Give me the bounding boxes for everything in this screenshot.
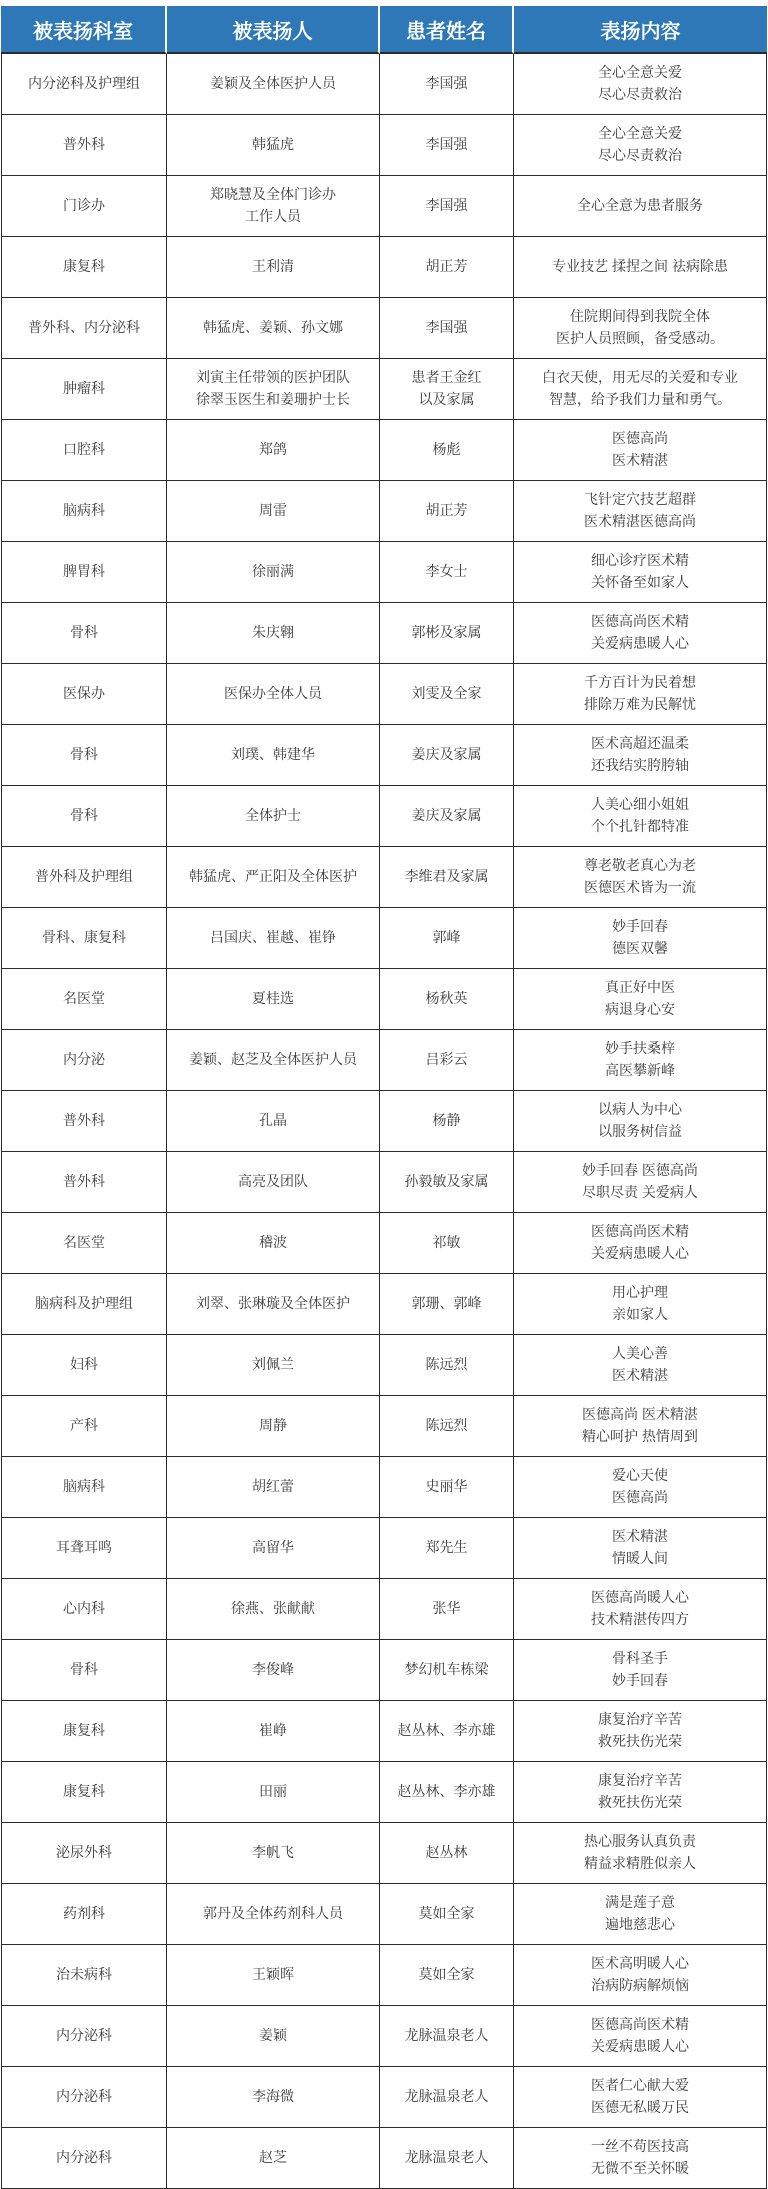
table-row: 骨科 朱庆翱 郭彬及家属 医德高尚医术精 关爱病患暖人心: [1, 603, 767, 664]
table-row: 药剂科 郭丹及全体药剂科人员 莫如全家 满是莲子意 遍地慈悲心: [1, 1884, 767, 1945]
cell-department: 脾胃科: [1, 542, 167, 603]
cell-praise: 真正好中医 病退身心安: [514, 969, 767, 1030]
table-row: 门诊办 郑晓慧及全体门诊办 工作人员 李国强 全心全意为患者服务: [1, 176, 767, 237]
cell-department: 骨科: [1, 725, 167, 786]
table-row: 康复科 田丽 赵丛林、李亦雄 康复治疗辛苦 救死扶伤光荣: [1, 1762, 767, 1823]
cell-patient: 患者王金红 以及家属: [380, 359, 514, 420]
cell-person: 李帆飞: [167, 1823, 380, 1884]
cell-praise: 飞针定穴技艺超群 医术精湛医德高尚: [514, 481, 767, 542]
cell-department: 肿瘤科: [1, 359, 167, 420]
cell-patient: 刘雯及全家: [380, 664, 514, 725]
table-row: 普外科、内分泌科 韩猛虎、姜颖、孙文娜 李国强 住院期间得到我院全体 医护人员照…: [1, 298, 767, 359]
cell-praise: 住院期间得到我院全体 医护人员照顾，备受感动。: [514, 298, 767, 359]
table-row: 骨科 李俊峰 梦幻机车栋梁 骨科圣手 妙手回春: [1, 1640, 767, 1701]
cell-praise: 医德高尚医术精 关爱病患暖人心: [514, 1213, 767, 1274]
cell-department: 门诊办: [1, 176, 167, 237]
header-row: 被表扬科室 被表扬人 患者姓名 表扬内容: [1, 6, 767, 54]
cell-person: 韩猛虎: [167, 115, 380, 176]
cell-praise: 医者仁心献大爱 医德无私暖万民: [514, 2067, 767, 2128]
cell-department: 普外科: [1, 1091, 167, 1152]
table-row: 脑病科 周雷 胡正芳 飞针定穴技艺超群 医术精湛医德高尚: [1, 481, 767, 542]
table-row: 普外科及护理组 韩猛虎、严正阳及全体医护 李维君及家属 尊老敬老真心为老 医德医…: [1, 847, 767, 908]
cell-person: 姜颖及全体医护人员: [167, 54, 380, 115]
cell-praise: 以病人为中心 以服务树信益: [514, 1091, 767, 1152]
cell-patient: 梦幻机车栋梁: [380, 1640, 514, 1701]
cell-praise: 全心全意为患者服务: [514, 176, 767, 237]
cell-patient: 李国强: [380, 298, 514, 359]
table-row: 妇科 刘佩兰 陈远烈 人美心善 医术精湛: [1, 1335, 767, 1396]
cell-person: 李海微: [167, 2067, 380, 2128]
cell-praise: 医德高尚医术精 关爱病患暖人心: [514, 603, 767, 664]
table-row: 脑病科 胡红蕾 史丽华 爱心天使 医德高尚: [1, 1457, 767, 1518]
cell-department: 普外科: [1, 115, 167, 176]
cell-department: 耳聋耳鸣: [1, 1518, 167, 1579]
cell-patient: 杨彪: [380, 420, 514, 481]
cell-patient: 陈远烈: [380, 1396, 514, 1457]
cell-praise: 医术高明暖人心 治病防病解烦恼: [514, 1945, 767, 2006]
cell-department: 内分泌科: [1, 2128, 167, 2189]
cell-praise: 细心诊疗医术精 关怀备至如家人: [514, 542, 767, 603]
column-header-department: 被表扬科室: [1, 6, 167, 54]
cell-person: 韩猛虎、严正阳及全体医护: [167, 847, 380, 908]
cell-praise: 尊老敬老真心为老 医德医术皆为一流: [514, 847, 767, 908]
cell-praise: 用心护理 亲如家人: [514, 1274, 767, 1335]
cell-praise: 康复治疗辛苦 救死扶伤光荣: [514, 1701, 767, 1762]
cell-person: 郭丹及全体药剂科人员: [167, 1884, 380, 1945]
cell-person: 赵芝: [167, 2128, 380, 2189]
table-row: 康复科 崔峥 赵丛林、李亦雄 康复治疗辛苦 救死扶伤光荣: [1, 1701, 767, 1762]
table-row: 肿瘤科 刘寅主任带领的医护团队 徐翠玉医生和姜珊护士长 患者王金红 以及家属 白…: [1, 359, 767, 420]
cell-patient: 赵丛林: [380, 1823, 514, 1884]
cell-person: 郑晓慧及全体门诊办 工作人员: [167, 176, 380, 237]
cell-department: 名医堂: [1, 1213, 167, 1274]
cell-patient: 郭珊、郭峰: [380, 1274, 514, 1335]
cell-department: 普外科: [1, 1152, 167, 1213]
cell-patient: 姜庆及家属: [380, 725, 514, 786]
cell-praise: 医德高尚 医术精湛 精心呵护 热情周到: [514, 1396, 767, 1457]
table-row: 口腔科 郑鸽 杨彪 医德高尚 医术精湛: [1, 420, 767, 481]
cell-person: 医保办全体人员: [167, 664, 380, 725]
cell-department: 医保办: [1, 664, 167, 725]
cell-person: 王颖晖: [167, 1945, 380, 2006]
cell-department: 妇科: [1, 1335, 167, 1396]
cell-patient: 李女士: [380, 542, 514, 603]
cell-department: 骨科: [1, 603, 167, 664]
cell-praise: 医德高尚医术精 关爱病患暖人心: [514, 2006, 767, 2067]
cell-person: 王利清: [167, 237, 380, 298]
table-row: 内分泌 姜颖、赵芝及全体医护人员 吕彩云 妙手扶桑梓 高医攀新峰: [1, 1030, 767, 1091]
cell-patient: 赵丛林、李亦雄: [380, 1701, 514, 1762]
table-row: 内分泌科 李海微 龙脉温泉老人 医者仁心献大爱 医德无私暖万民: [1, 2067, 767, 2128]
cell-person: 姜颖、赵芝及全体医护人员: [167, 1030, 380, 1091]
cell-patient: 李国强: [380, 54, 514, 115]
cell-patient: 胡正芳: [380, 237, 514, 298]
cell-praise: 医德高尚暖人心 技术精湛传四方: [514, 1579, 767, 1640]
table-row: 泌尿外科 李帆飞 赵丛林 热心服务认真负责 精益求精胜似亲人: [1, 1823, 767, 1884]
table-row: 骨科、康复科 吕国庆、崔越、崔铮 郭峰 妙手回春 德医双馨: [1, 908, 767, 969]
cell-person: 刘佩兰: [167, 1335, 380, 1396]
cell-department: 脑病科: [1, 1457, 167, 1518]
cell-patient: 杨秋英: [380, 969, 514, 1030]
cell-patient: 莫如全家: [380, 1945, 514, 2006]
cell-patient: 李维君及家属: [380, 847, 514, 908]
cell-person: 朱庆翱: [167, 603, 380, 664]
table-row: 骨科 全体护士 姜庆及家属 人美心细小姐姐 个个扎针都特准: [1, 786, 767, 847]
cell-patient: 龙脉温泉老人: [380, 2067, 514, 2128]
cell-person: 孔晶: [167, 1091, 380, 1152]
table-row: 脑病科及护理组 刘翠、张琳璇及全体医护 郭珊、郭峰 用心护理 亲如家人: [1, 1274, 767, 1335]
table-row: 骨科 刘璞、韩建华 姜庆及家属 医术高超还温柔 还我结实胯胯轴: [1, 725, 767, 786]
column-header-patient: 患者姓名: [380, 6, 514, 54]
cell-praise: 热心服务认真负责 精益求精胜似亲人: [514, 1823, 767, 1884]
table-row: 名医堂 稽波 祁敏 医德高尚医术精 关爱病患暖人心: [1, 1213, 767, 1274]
table-row: 普外科 韩猛虎 李国强 全心全意关爱 尽心尽责救治: [1, 115, 767, 176]
cell-praise: 专业技艺 揉捏之间 祛病除患: [514, 237, 767, 298]
cell-person: 徐燕、张献献: [167, 1579, 380, 1640]
cell-department: 康复科: [1, 237, 167, 298]
cell-praise: 康复治疗辛苦 救死扶伤光荣: [514, 1762, 767, 1823]
cell-department: 名医堂: [1, 969, 167, 1030]
column-header-person: 被表扬人: [167, 6, 380, 54]
cell-department: 治未病科: [1, 1945, 167, 2006]
cell-patient: 姜庆及家属: [380, 786, 514, 847]
cell-department: 内分泌科: [1, 2006, 167, 2067]
cell-person: 姜颖: [167, 2006, 380, 2067]
cell-patient: 李国强: [380, 115, 514, 176]
table-row: 内分泌科及护理组 姜颖及全体医护人员 李国强 全心全意关爱 尽心尽责救治: [1, 54, 767, 115]
cell-praise: 人美心细小姐姐 个个扎针都特准: [514, 786, 767, 847]
cell-praise: 人美心善 医术精湛: [514, 1335, 767, 1396]
cell-department: 骨科: [1, 786, 167, 847]
cell-person: 韩猛虎、姜颖、孙文娜: [167, 298, 380, 359]
cell-department: 内分泌科: [1, 2067, 167, 2128]
cell-patient: 陈远烈: [380, 1335, 514, 1396]
cell-department: 脑病科及护理组: [1, 1274, 167, 1335]
cell-department: 产科: [1, 1396, 167, 1457]
cell-patient: 郑先生: [380, 1518, 514, 1579]
cell-department: 普外科及护理组: [1, 847, 167, 908]
cell-praise: 全心全意关爱 尽心尽责救治: [514, 54, 767, 115]
cell-person: 全体护士: [167, 786, 380, 847]
cell-department: 口腔科: [1, 420, 167, 481]
cell-person: 高留华: [167, 1518, 380, 1579]
cell-person: 高亮及团队: [167, 1152, 380, 1213]
cell-praise: 全心全意关爱 尽心尽责救治: [514, 115, 767, 176]
table-row: 产科 周静 陈远烈 医德高尚 医术精湛 精心呵护 热情周到: [1, 1396, 767, 1457]
column-header-praise: 表扬内容: [514, 6, 767, 54]
cell-praise: 千方百计为民着想 排除万难为民解忧: [514, 664, 767, 725]
cell-patient: 杨静: [380, 1091, 514, 1152]
table-row: 医保办 医保办全体人员 刘雯及全家 千方百计为民着想 排除万难为民解忧: [1, 664, 767, 725]
cell-patient: 龙脉温泉老人: [380, 2128, 514, 2189]
cell-praise: 医德高尚 医术精湛: [514, 420, 767, 481]
cell-person: 徐丽满: [167, 542, 380, 603]
table-row: 普外科 高亮及团队 孙毅敏及家属 妙手回春 医德高尚 尽职尽责 关爱病人: [1, 1152, 767, 1213]
cell-person: 刘翠、张琳璇及全体医护: [167, 1274, 380, 1335]
cell-department: 康复科: [1, 1701, 167, 1762]
cell-person: 周雷: [167, 481, 380, 542]
cell-patient: 郭彬及家属: [380, 603, 514, 664]
page: 被表扬科室 被表扬人 患者姓名 表扬内容 内分泌科及护理组 姜颖及全体医护人员 …: [0, 0, 768, 2189]
cell-person: 田丽: [167, 1762, 380, 1823]
cell-patient: 郭峰: [380, 908, 514, 969]
cell-person: 稽波: [167, 1213, 380, 1274]
cell-praise: 一丝不苟医技高 无微不至关怀暖: [514, 2128, 767, 2189]
cell-patient: 史丽华: [380, 1457, 514, 1518]
cell-department: 内分泌: [1, 1030, 167, 1091]
cell-patient: 莫如全家: [380, 1884, 514, 1945]
cell-person: 刘璞、韩建华: [167, 725, 380, 786]
table-row: 内分泌科 姜颖 龙脉温泉老人 医德高尚医术精 关爱病患暖人心: [1, 2006, 767, 2067]
cell-person: 李俊峰: [167, 1640, 380, 1701]
cell-patient: 胡正芳: [380, 481, 514, 542]
cell-department: 泌尿外科: [1, 1823, 167, 1884]
table-row: 普外科 孔晶 杨静 以病人为中心 以服务树信益: [1, 1091, 767, 1152]
cell-praise: 医术精湛 情暖人间: [514, 1518, 767, 1579]
cell-department: 普外科、内分泌科: [1, 298, 167, 359]
cell-praise: 爱心天使 医德高尚: [514, 1457, 767, 1518]
table-row: 耳聋耳鸣 高留华 郑先生 医术精湛 情暖人间: [1, 1518, 767, 1579]
cell-praise: 骨科圣手 妙手回春: [514, 1640, 767, 1701]
table-row: 治未病科 王颖晖 莫如全家 医术高明暖人心 治病防病解烦恼: [1, 1945, 767, 2006]
cell-patient: 赵丛林、李亦雄: [380, 1762, 514, 1823]
cell-person: 周静: [167, 1396, 380, 1457]
cell-praise: 白衣天使，用无尽的关爱和专业 智慧，给予我们力量和勇气。: [514, 359, 767, 420]
cell-patient: 孙毅敏及家属: [380, 1152, 514, 1213]
cell-person: 崔峥: [167, 1701, 380, 1762]
cell-patient: 龙脉温泉老人: [380, 2006, 514, 2067]
table-row: 康复科 王利清 胡正芳 专业技艺 揉捏之间 祛病除患: [1, 237, 767, 298]
cell-department: 骨科、康复科: [1, 908, 167, 969]
cell-department: 脑病科: [1, 481, 167, 542]
praise-table: 被表扬科室 被表扬人 患者姓名 表扬内容 内分泌科及护理组 姜颖及全体医护人员 …: [1, 6, 767, 2189]
cell-person: 刘寅主任带领的医护团队 徐翠玉医生和姜珊护士长: [167, 359, 380, 420]
cell-praise: 医术高超还温柔 还我结实胯胯轴: [514, 725, 767, 786]
cell-praise: 妙手回春 德医双馨: [514, 908, 767, 969]
table-row: 心内科 徐燕、张献献 张华 医德高尚暖人心 技术精湛传四方: [1, 1579, 767, 1640]
cell-person: 胡红蕾: [167, 1457, 380, 1518]
table-row: 内分泌科 赵芝 龙脉温泉老人 一丝不苟医技高 无微不至关怀暖: [1, 2128, 767, 2189]
cell-patient: 祁敏: [380, 1213, 514, 1274]
cell-person: 郑鸽: [167, 420, 380, 481]
cell-person: 夏桂选: [167, 969, 380, 1030]
cell-department: 内分泌科及护理组: [1, 54, 167, 115]
cell-patient: 吕彩云: [380, 1030, 514, 1091]
cell-person: 吕国庆、崔越、崔铮: [167, 908, 380, 969]
table-row: 名医堂 夏桂选 杨秋英 真正好中医 病退身心安: [1, 969, 767, 1030]
cell-patient: 张华: [380, 1579, 514, 1640]
table-row: 脾胃科 徐丽满 李女士 细心诊疗医术精 关怀备至如家人: [1, 542, 767, 603]
cell-department: 骨科: [1, 1640, 167, 1701]
cell-department: 药剂科: [1, 1884, 167, 1945]
cell-praise: 妙手回春 医德高尚 尽职尽责 关爱病人: [514, 1152, 767, 1213]
cell-department: 心内科: [1, 1579, 167, 1640]
cell-patient: 李国强: [380, 176, 514, 237]
cell-department: 康复科: [1, 1762, 167, 1823]
cell-praise: 满是莲子意 遍地慈悲心: [514, 1884, 767, 1945]
cell-praise: 妙手扶桑梓 高医攀新峰: [514, 1030, 767, 1091]
